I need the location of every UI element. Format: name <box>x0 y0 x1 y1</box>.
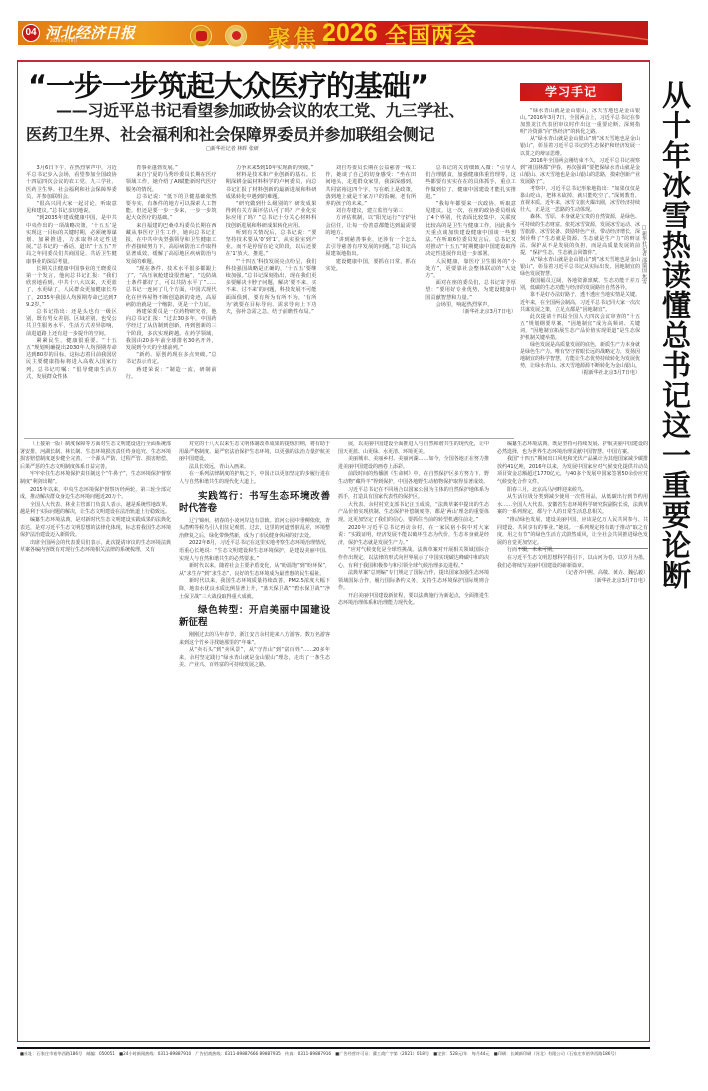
paragraph: 前段时间的热播剧《生命树》中，在自然保护区多方努力下，野生动物“藏羚羊”得到保护… <box>338 471 489 486</box>
paragraph: “现在条件、技术水平很多都跟上了”，“高压氧舱建设很普遍”，“边防战士条件都好了… <box>126 266 217 309</box>
lead-byline: □新华社记者 林晖 张研 <box>206 145 259 152</box>
paragraph: “推动绿色发展，建设美丽中国，应该是亿万人民共同参与、共同建设、共同享有的事业。… <box>497 517 648 547</box>
dateline: （新华社北京3月7日电） <box>497 578 648 586</box>
paragraph: 我国幅员辽阔，各地资源禀赋、生态功能千差万别，低碳的生态功能与经济的发展路径自然… <box>520 278 640 292</box>
paragraph: 靠不是好办法好路子，透不透应当地实情是关键。近年来，在全国两会制高，习近平总书记… <box>520 292 640 313</box>
study-notes-label: 学习手记 <box>520 83 622 101</box>
lower-column-2: 对党的十八大以来生态文明体制改革成果的提炼归纳，将有助于用最严格制度、最严密法治… <box>179 441 330 1035</box>
paragraph: 出席全国两会的代表委员们表示，此次提请审议的生态环境法典草案各编内容既有对现行生… <box>20 540 171 555</box>
section-subheading: 绿色转型：开启美丽中国建设新征程 <box>179 605 330 629</box>
lead-column-2: 育事业蓬勃发展。” 来自宁夏的马秀珍委员长期在医疗领域工作，她介绍了AI赋能新时… <box>126 165 217 433</box>
study-notes-vertical-title: 从十年冰雪热读懂总书记这一重要论断 <box>655 80 695 590</box>
section-subheading: 实践笃行：书写生态环境改善时代答卷 <box>179 491 330 515</box>
paragraph: 听到有关情况后，总书记说：“要坚持技术要从‘0’到‘1’，从实验室到产业，而不是… <box>226 230 317 259</box>
paragraph: 从“卖石头”到“卖风景”，从“守青山”到“富百姓”……20多年来，余村坚定践行“… <box>179 647 330 670</box>
paragraph: 新时代以来，我国生态环境质量持续改善，PM2.5浓度大幅下降，地表水优良水质比例… <box>179 578 330 601</box>
paragraph: 法典草案“总则编”专门规定了国际合作，提出国家加强生态环境领域国际合作，履行国际… <box>338 570 489 593</box>
paragraph: 总书记的关切细致入微：“引导人们合理膳食，加强健康体重管理等，这些都要有实实在在… <box>425 165 516 201</box>
paragraph: 行而不辍，未来可期。 <box>497 547 648 555</box>
cppcc-emblem-icon <box>225 25 247 47</box>
paragraph: 展，以美丽中国建设全面推进人与自然和谐共生的现代化，让中国天更蓝、山更绿、水更清… <box>338 441 489 456</box>
paragraph: 全国人大代表、林业主管部门负责人表示，越是系统性地改革，越是利于实际问题的解决，… <box>20 502 171 517</box>
paragraph: 2022年8月，习近平总书记在这里实地考察生态环境治理情况，语重心长地说：“生态… <box>179 540 330 563</box>
paragraph: 会场里，响起热烈掌声。 <box>425 302 516 309</box>
focus-label: 聚焦 <box>268 20 318 53</box>
dateline: （新华社北京3月7日电） <box>425 309 516 316</box>
lower-article-body: （上接第一版）制度保障等方面对生态文明建设进行全面系统部署安排，河湖长制、林长制… <box>20 441 648 1035</box>
paragraph: “新药、原创药现在多点突破。”总书记表示肯定。 <box>126 352 217 366</box>
editors-credit: 责任编辑 赵欣苗 视觉编辑 任双勇 <box>590 47 657 53</box>
paragraph: 材料是技术和产业创新的基石。长期深耕金属材料科学的卢柯委员，向总书记汇报了材料创… <box>226 172 317 201</box>
lower-column-1: （上接第一版）制度保障等方面对生态文明建设进行全面系统部署安排，河湖长制、林长制… <box>20 441 171 1035</box>
paragraph: 编纂生态环境法典，是对新时代生态文明建设实践成果的法典化表达，是对习近平生态文明… <box>20 517 171 540</box>
paragraph: 蒋建荣委员是一位药物研究者，他向总书记汇报：“过去30多年，中国药学经过了从仿制… <box>126 309 217 352</box>
paragraph: 对党的十八大以来生态文明体制改革成果的提炼归纳，将有助于用最严格制度、最严密法治… <box>179 441 330 464</box>
paragraph: 总书记指出：还是头也有一级区别，既有男女差别、区域差别，也受公共卫生服务水平、生… <box>26 309 117 338</box>
paragraph: 面对在座的委员们，总书记寄予厚望：“要用好专业优势，为建设健康中国贡献智慧和力量… <box>425 280 516 302</box>
lead-column-5: 总书记的关切细致入微：“引导人们合理膳食，加强健康体重管理等，这些都要有实实在在… <box>425 165 516 433</box>
paragraph: “‘十四五’科技发展亮点纷呈，我们科技强国战略是正确的，‘十五五’要继续加强。”… <box>226 259 317 317</box>
study-notes-byline: □新华社记者 邵瑞国 焦雪 <box>641 225 648 284</box>
paragraph: 新时代以来，随着社会主要矛盾变化，从“盼温饱”到“盼环保”，从“求生存”到“求生… <box>179 563 330 578</box>
paragraph: 美丽城市、美丽乡村、美丽河湖……如今，全国各地正在努力推进美丽中国建设的画卷上添… <box>338 456 489 471</box>
paragraph: 蒋建荣说：“制造一流，研制前行。 <box>126 367 217 381</box>
paragraph: 森林、雪原，本身就是宝贵的自然资源，是绿色、可持续的生态财富。依托冰雪资源，发展… <box>520 214 640 257</box>
lead-column-3: 力争未来5到10年实现新的突破。” 材料是技术和产业创新的基石。长期深耕金属材料… <box>226 165 317 433</box>
paragraph: 从“绿水青山就是金山银山”到“冰天雪地也是金山银山”，彰显着习近平总书记的生态保… <box>520 136 640 157</box>
paragraph: 牢牢牵住生态环境保护责任制这个“牛鼻子”，生态环境保护督察制度“利剑出鞘”。 <box>20 471 171 486</box>
paragraph: “讲到慈善事业，还涉有一个怎么去引导慈善有序发展的问题。”总书记高屋建瓴地指出。 <box>325 237 416 259</box>
paragraph: 长期关注健康中国事业的王晓委员第一个发言，他向总书记汇报：“我们欣喜地看到，中共… <box>26 266 117 309</box>
paragraph: “我每年都要来一次政协，听取意见建议。这一次，在座的政协委员组成了4个界别，代表… <box>425 201 516 259</box>
paragraph: 2015年以来，中央生态环境保护督察历经两轮，第三轮全部完成，推动解决群众身边生… <box>20 487 171 502</box>
lead-subhead-line2: 医药卫生界、社会福利和社会保障界委员并参加联组会侧记 <box>26 122 434 145</box>
paragraph: 来自福建的巴桑卓玛委员长期在西藏从事医疗卫生工作，她向总书记汇报，在中共中央坚强… <box>126 223 217 266</box>
paragraph: 习近平总书记在不同场合以国家公园为主体的自然保护地体系为抓手，打造具有国家代表性… <box>338 487 489 502</box>
paragraph: “到2035年建成健康中国，是中共中央作出的一项战略决策，‘十五五’是实现这一目… <box>26 215 117 265</box>
paragraph: 绿色发展是高质量发展的底色，新质生产力本身就是绿色生产力。唯有坚守着眼长远的战略… <box>520 342 640 370</box>
page-number-badge: 04 <box>22 24 40 42</box>
lead-column-1: 3月6日下午，在热烈掌声中，习近平总书记步入会场，看望参加全国政协十四届四次会议… <box>26 165 117 433</box>
paragraph: 建设健康中国，要抓在日常，抓在实处。 <box>325 259 416 273</box>
paragraph: 从生活垃圾分类到减少使用一次性用品，从低碳出行到节约用水……全国人大代表、安徽省… <box>497 494 648 517</box>
paragraph: 在习近平生态文明思想科学指引下，以山河为卷，以岁月为墨，我们必将续写美丽中国建设… <box>497 555 648 570</box>
paragraph: “应对气候变化是全球性挑战。法典草案对开展相关领域国际合作作出规定，以法律的形式… <box>338 547 489 570</box>
lead-article-body: 3月6日下午，在热烈掌声中，习近平总书记步入会场，看望参加全国政协十四届四次会议… <box>26 165 516 433</box>
paragraph: “研究做到什么级别的？研发成果得到有关方面评估认可了吗？产业化实际应用了吗？”总… <box>226 201 317 230</box>
lead-column-4: 刘自寿委员长期在公益慈善一线工作，她谈了自己的切身感受：“坐在田间地头，走进群众… <box>325 165 416 433</box>
paragraph: 我国“十四五”期间出口风电和光伏产品累计为其他国家减少碳排放约41亿吨，2016… <box>497 456 648 486</box>
paragraph: （上接第一版）制度保障等方面对生态文明建设进行全面系统部署安排，河湖长制、林长制… <box>20 441 171 471</box>
paragraph: 3月6日下午，在热烈掌声中，习近平总书记步入会场，看望参加全国政协十四届四次会议… <box>26 165 117 201</box>
paragraph: 紧紧民生，健康很重要。“十五五”规划明确提出2030年人均预期寿命达到80岁的目… <box>26 338 117 381</box>
lower-column-4: 编纂生态环境法典，既是坚持可持续发展、护航美丽中国建设的必然选择，也为世界生态环… <box>497 441 648 1035</box>
paragraph: 编纂生态环境法典，既是坚持可持续发展、护航美丽中国建设的必然选择，也为世界生态环… <box>497 441 648 456</box>
focus-event: 全国两会 <box>385 19 477 50</box>
paragraph: 开启美丽中国建设新征程，要以法典施行为新起点，全面推进生态环境治理体系和治理能力… <box>338 593 489 608</box>
paragraph: 来自宁夏的马秀珍委员长期在医疗领域工作，她介绍了AI赋能新时代医疗服务的情况。 <box>126 172 217 194</box>
paragraph: 2020年习近平总书记再访余村，在一家民宿小院中对大家说：“实践证明，经济发展不… <box>338 525 489 548</box>
national-emblem-icon <box>190 25 212 47</box>
footer-rule <box>17 1047 650 1049</box>
paragraph: 方评估机制，以“阳光运行”守护社会信任，让每一份善意都能达到最需要的地方。 <box>325 215 416 237</box>
paragraph: 刚刚过去的马年春节，浙江安吉余村迎来八方游客。数万名游客来到这个竹乡寻找她那里的… <box>179 632 330 647</box>
paragraph: 2016年全国两会刚结束不久，习近平总书记视察到“祖国林都”伊春，再次强调“要把… <box>520 158 640 186</box>
lower-column-3: 展，以美丽中国建设全面推进人与自然和谐共生的现代化，让中国天更蓝、山更绿、水更清… <box>338 441 489 1035</box>
paragraph: 辽宁锦州，初春的小凌河岸边有景致。滨河公园中垂柳依依，青头潜鸭等候鸟引人们驻足观… <box>179 518 330 541</box>
paragraph: 总书记说：“低下的卫健基础依然要夯实，有条件的地方可以探索人工智能，但还是要一步… <box>126 194 217 223</box>
section-divider <box>24 438 514 439</box>
paragraph: 在一系列法律制度的护航之下，中国正以更加坚定的步履行进在人与自然和谐共生的现代化… <box>179 471 330 486</box>
paragraph: 从“绿水青山就是金山银山”到“冰天雪地也是金山银山”，彰显着习近平总书记从实际出… <box>520 257 640 278</box>
paragraph: “很高兴同大家一起讨论，听取意见和建议。”总书记亲切地说。 <box>26 201 117 215</box>
paragraph: 人民健康，靠医疗卫生服务的“小处方”，更要靠社会整体联动的“大处方”。 <box>425 259 516 281</box>
paper-date: 2026年3月8日 <box>50 38 77 44</box>
paragraph: 大代表、余村村党支部书记汪玉成说，“法典草案中提出的生态产品价值实现机制、生态保… <box>338 502 489 525</box>
dateline: （据新华社北京3月7日电） <box>520 370 640 377</box>
reporters-credit: （记者齐中熙、高敬、黄垚、魏弘毅） <box>497 570 648 578</box>
newspaper-page: 04 河北经济日报 2026年3月8日 聚焦 2026 全国两会 责任编辑 赵欣… <box>0 0 708 1091</box>
paragraph: “绿水青山就是金山银山，冰天雪地也是金山银山。”2016年3月7日，全国两会上，… <box>520 108 640 136</box>
focus-year: 2026 <box>322 19 378 48</box>
lead-subhead-line1: ——习近平总书记看望参加政协会议的农工党、九三学社、 <box>56 98 464 121</box>
paragraph: 此次提请十四届全国人大四次会议审查的“十五五”规划纲要草案，“因地制宜”成为高频… <box>520 314 640 342</box>
footer-imprint: ■社址：石家庄市裕华西路186号 邮编：050051 ■24小时新闻热线：031… <box>20 1051 650 1057</box>
paragraph: 刘自寿委员长期在公益慈善一线工作，她谈了自己的切身感受：“坐在田间地头，走进群众… <box>325 165 416 208</box>
paragraph: 考察中，习近平总书记形象地指出：“如果仅仅是靠山吃山，把林木砍掉，就只能吃空了。… <box>520 186 640 214</box>
